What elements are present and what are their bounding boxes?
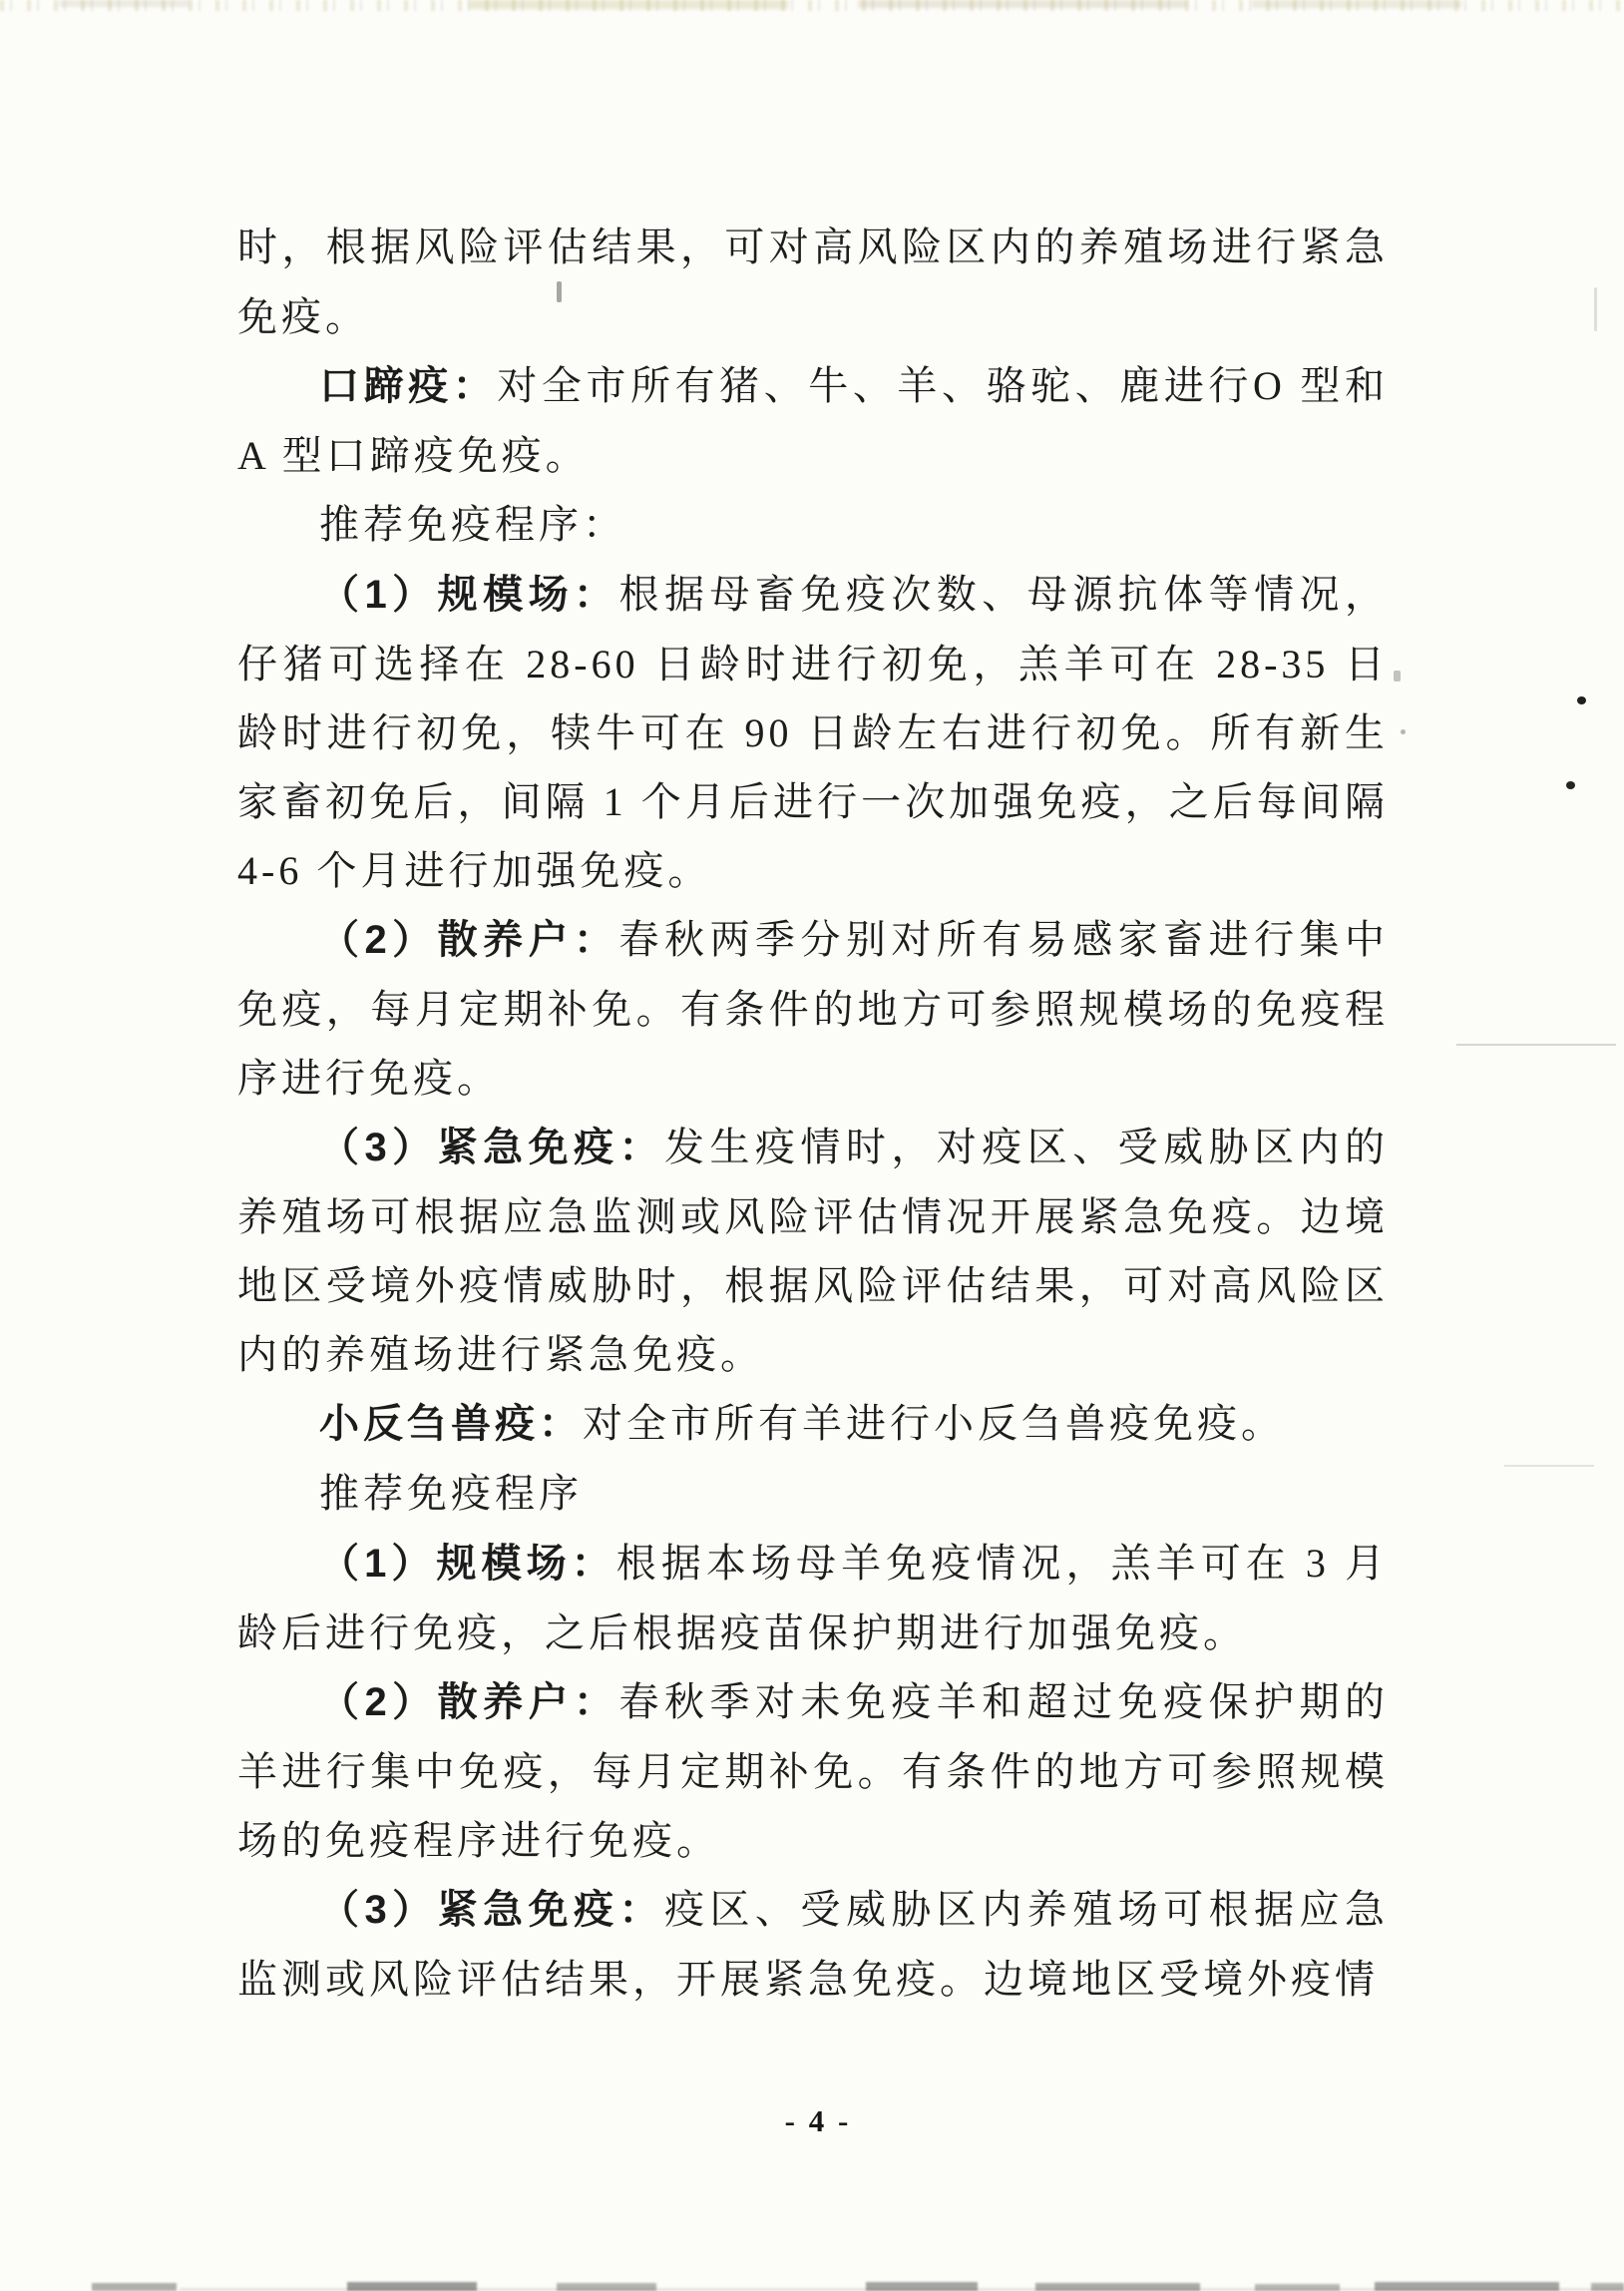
- paragraph: （1）规模场：根据本场母羊免疫情况，羔羊可在 3 月龄后进行免疫，之后根据疫苗保…: [237, 1529, 1389, 1667]
- paragraph-lead: （1）规模场：: [319, 573, 619, 617]
- scan-noise-bottom-segment: [92, 2283, 177, 2291]
- paragraph-lead: （2）散养户：: [319, 1680, 619, 1724]
- paragraph-lead: （3）紧急免疫：: [319, 1126, 664, 1169]
- document-body: 时，根据风险评估结果，可对高风险区内的养殖场进行紧急免疫。 口蹄疫：对全市所有猪…: [237, 213, 1389, 2014]
- paragraph-text: 推荐免疫程序：: [319, 502, 626, 547]
- scan-scratch: [1594, 287, 1597, 331]
- scan-scratch: [1504, 1465, 1594, 1467]
- paragraph: 口蹄疫：对全市所有猪、牛、羊、骆驼、鹿进行O 型和A 型口蹄疫免疫。: [237, 351, 1389, 490]
- paragraph: （2）散养户：春秋两季分别对所有易感家畜进行集中免疫，每月定期补免。有条件的地方…: [237, 905, 1389, 1113]
- scan-noise-bottom-segment: [557, 2283, 656, 2291]
- paragraph: （3）紧急免疫：发生疫情时，对疫区、受威胁区内的养殖场可根据应急监测或风险评估情…: [237, 1113, 1389, 1389]
- paragraph: 推荐免疫程序: [237, 1459, 1389, 1529]
- scan-noise-top-segment: [469, 0, 788, 9]
- paragraph-lead: 口蹄疫：: [319, 364, 497, 408]
- paragraph-lead: 小反刍兽疫：: [319, 1402, 583, 1446]
- scan-noise-bottom-segment: [347, 2282, 477, 2291]
- scan-noise-top-segment: [1252, 0, 1461, 8]
- scan-noise-top-segment: [858, 0, 1187, 8]
- scan-noise-top-segment: [60, 0, 190, 7]
- paragraph: （2）散养户：春秋季对未免疫羊和超过免疫保护期的羊进行集中免疫，每月定期补免。有…: [237, 1667, 1389, 1875]
- paragraph-text: 对全市所有羊进行小反刍兽疫免疫。: [583, 1401, 1285, 1446]
- paragraph: （1）规模场：根据母畜免疫次数、母源抗体等情况，仔猪可选择在 28-60 日龄时…: [237, 560, 1389, 905]
- page-number: - 4 -: [0, 2103, 1624, 2139]
- paragraph: 推荐免疫程序：: [237, 490, 1389, 560]
- scan-noise-bottom-segment: [1375, 2282, 1559, 2291]
- paragraph-lead: （2）散养户：: [319, 918, 619, 962]
- paragraph-text: 时，根据风险评估结果，可对高风险区内的养殖场进行紧急免疫。: [237, 225, 1389, 339]
- scan-noise-bottom-segment: [1255, 2284, 1340, 2291]
- scan-noise-bottom-segment: [1591, 2283, 1624, 2291]
- scan-noise-bottom-segment: [1035, 2283, 1200, 2291]
- paragraph: 小反刍兽疫：对全市所有羊进行小反刍兽疫免疫。: [237, 1389, 1389, 1459]
- document-page: 时，根据风险评估结果，可对高风险区内的养殖场进行紧急免疫。 口蹄疫：对全市所有猪…: [0, 0, 1624, 2291]
- paragraph-text: 推荐免疫程序: [319, 1471, 583, 1516]
- scan-speck: [1577, 696, 1586, 704]
- scan-speck: [1394, 671, 1401, 682]
- scan-noise-bottom-segment: [866, 2282, 978, 2291]
- paragraph-lead: （3）紧急免疫：: [319, 1888, 664, 1932]
- paragraph: 时，根据风险评估结果，可对高风险区内的养殖场进行紧急免疫。: [237, 213, 1389, 351]
- paragraph-lead: （1）规模场：: [319, 1542, 616, 1586]
- scan-speck: [1401, 729, 1406, 734]
- scan-speck: [557, 281, 562, 302]
- scan-scratch: [1456, 1044, 1616, 1046]
- scan-speck: [1566, 781, 1575, 789]
- paragraph: （3）紧急免疫：疫区、受威胁区内养殖场可根据应急监测或风险评估结果，开展紧急免疫…: [237, 1875, 1389, 2014]
- paragraph-text: 根据母畜免疫次数、母源抗体等情况，仔猪可选择在 28-60 日龄时进行初免，羔羊…: [237, 572, 1389, 893]
